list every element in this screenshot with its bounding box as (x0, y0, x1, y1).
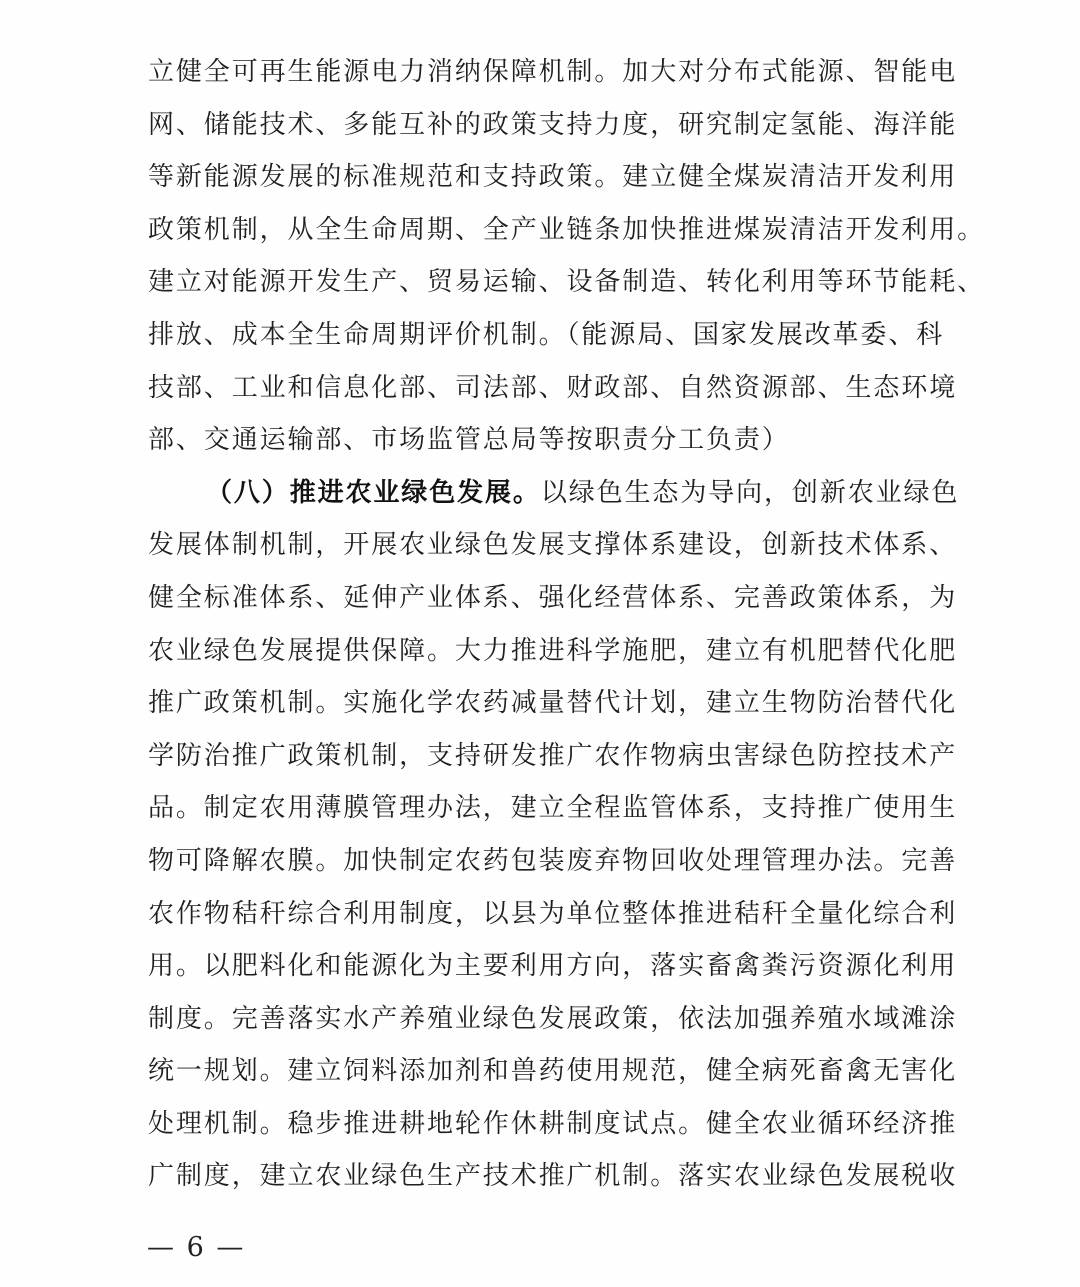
text-line: 立健全可再生能源电力消纳保障机制。加大对分布式能源、智能电 (148, 46, 938, 99)
document-page: 立健全可再生能源电力消纳保障机制。加大对分布式能源、智能电 网、储能技术、多能互… (0, 0, 1080, 1287)
text-line: 品。制定农用薄膜管理办法，建立全程监管体系，支持推广使用生 (148, 782, 938, 835)
text-line: 网、储能技术、多能互补的政策支持力度，研究制定氢能、海洋能 (148, 99, 938, 152)
text-line: 发展体制机制，开展农业绿色发展支撑体系建设，创新技术体系、 (148, 519, 938, 572)
text-line: 用。以肥料化和能源化为主要利用方向，落实畜禽粪污资源化利用 (148, 940, 938, 993)
text-line: 排放、成本全生命周期评价机制。（能源局、国家发展改革委、科 (148, 309, 938, 362)
section-heading: （八）推进农业绿色发展。 (206, 478, 541, 508)
text-run: 以绿色生态为导向，创新农业绿色 (541, 478, 960, 508)
text-line: 健全标准体系、延伸产业体系、强化经营体系、完善政策体系，为 (148, 572, 938, 625)
responsible-departments-note: （能源局、国家发展改革委、科 (567, 320, 945, 350)
text-run: 排放、成本全生命周期评价机制。 (148, 320, 567, 350)
text-line: 统一规划。建立饲料添加剂和兽药使用规范，健全病死畜禽无害化 (148, 1045, 938, 1098)
text-line: 农作物秸秆综合利用制度，以县为单位整体推进秸秆全量化综合利 (148, 888, 938, 941)
text-line: 农业绿色发展提供保障。大力推进科学施肥，建立有机肥替代化肥 (148, 625, 938, 678)
text-line: 广制度，建立农业绿色生产技术推广机制。落实农业绿色发展税收 (148, 1150, 938, 1203)
text-line: 技部、工业和信息化部、司法部、财政部、自然资源部、生态环境 (148, 362, 938, 415)
text-line: 建立对能源开发生产、贸易运输、设备制造、转化利用等环节能耗、 (148, 256, 938, 309)
section-heading-line: （八）推进农业绿色发展。以绿色生态为导向，创新农业绿色 (148, 467, 938, 520)
text-line: 政策机制，从全生命周期、全产业链条加快推进煤炭清洁开发利用。 (148, 204, 938, 257)
text-line: 部、交通运输部、市场监管总局等按职责分工负责） (148, 414, 938, 467)
text-line: 物可降解农膜。加快制定农药包装废弃物回收处理管理办法。完善 (148, 835, 938, 888)
text-line: 处理机制。稳步推进耕地轮作休耕制度试点。健全农业循环经济推 (148, 1098, 938, 1151)
text-line: 推广政策机制。实施化学农药减量替代计划，建立生物防治替代化 (148, 677, 938, 730)
body-text: 立健全可再生能源电力消纳保障机制。加大对分布式能源、智能电 网、储能技术、多能互… (148, 46, 938, 1203)
text-line: 等新能源发展的标准规范和支持政策。建立健全煤炭清洁开发利用 (148, 151, 938, 204)
text-line: 制度。完善落实水产养殖业绿色发展政策，依法加强养殖水域滩涂 (148, 993, 938, 1046)
text-line: 学防治推广政策机制，支持研发推广农作物病虫害绿色防控技术产 (148, 730, 938, 783)
page-number: — 6 — (147, 1232, 245, 1264)
